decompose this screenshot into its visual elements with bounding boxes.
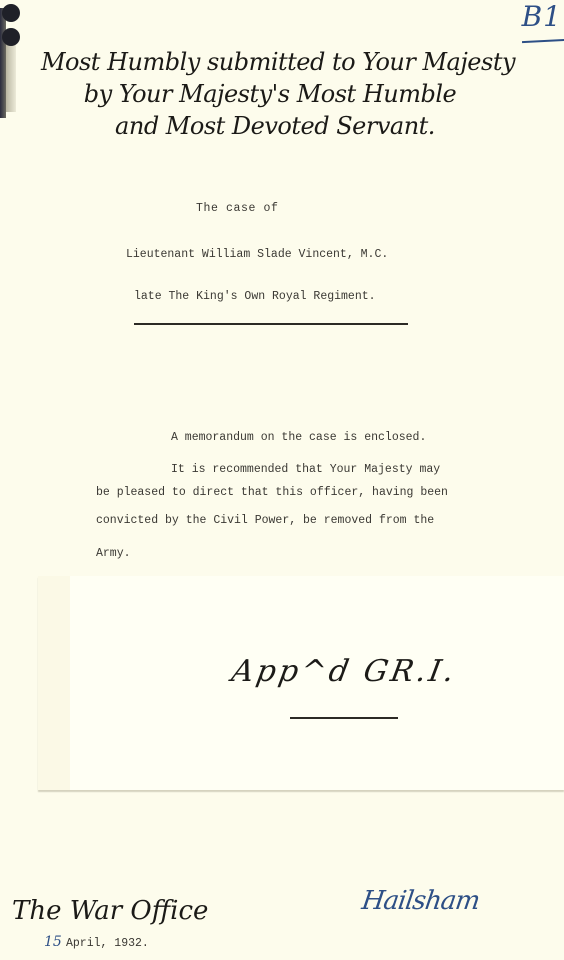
minister-signature: Hailsham [360, 886, 481, 916]
clip-knob-icon [2, 4, 20, 22]
memo-line-5: Army. [96, 547, 131, 560]
memo-line-3: be pleased to direct that this officer, … [96, 486, 448, 499]
date-typed: April, 1932. [66, 937, 149, 950]
war-office-label: The War Office [12, 896, 208, 926]
memo-line-2: It is recommended that Your Majesty may [171, 463, 440, 476]
officer-name: Lieutenant William Slade Vincent, M.C. [126, 248, 388, 261]
memo-line-4: convicted by the Civil Power, be removed… [96, 514, 434, 527]
regiment: late The King's Own Royal Regiment. [134, 290, 376, 303]
signature-underline [290, 717, 398, 719]
slip-edge [38, 576, 70, 790]
heading-line-2: by Your Majesty's Most Humble [60, 80, 480, 108]
clip-shadow [6, 42, 16, 112]
document-page: B1 Most Humbly submitted to Your Majesty… [0, 0, 564, 960]
royal-approval-signature: App^d GR.I. [229, 654, 460, 689]
binder-clip [0, 0, 22, 120]
heading-line-1: Most Humbly submitted to Your Majesty [28, 48, 528, 76]
reference-underline [522, 39, 564, 43]
reference-mark: B1 [522, 0, 562, 33]
clip-knob-icon [2, 28, 20, 46]
case-intro: The case of [196, 202, 279, 215]
divider-rule [134, 323, 408, 325]
date-day-handwritten: 15 [44, 934, 62, 950]
memo-line-1: A memorandum on the case is enclosed. [171, 431, 426, 444]
heading-line-3: and Most Devoted Servant. [100, 112, 450, 140]
